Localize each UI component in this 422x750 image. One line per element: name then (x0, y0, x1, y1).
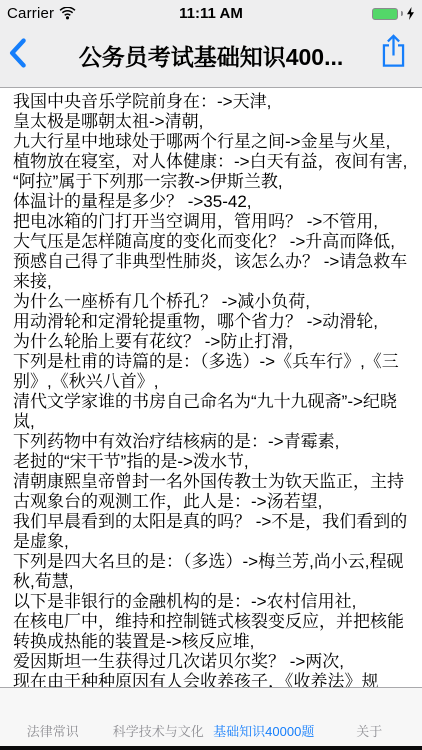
battery-nub (401, 11, 403, 16)
qa-text-view[interactable]: 我国中央音乐学院前身在：->天津, 皇太极是哪朝太祖->清朝, 九大行星中地球处… (0, 89, 422, 687)
status-bar: Carrier 11:11 AM (0, 0, 422, 25)
qa-item: 下列是杜甫的诗篇的是：（多选）->《兵车行》,《三别》,《秋兴八首》, (13, 352, 416, 392)
tab-item[interactable]: 法律常识 (0, 688, 106, 746)
qa-item: 皇太极是哪朝太祖->清朝, (13, 112, 416, 132)
share-button[interactable] (377, 31, 409, 75)
tab-label: 基础知识40000题 (213, 721, 314, 740)
chevron-left-icon (9, 38, 26, 73)
tab-label: 科学技术与文化 (113, 721, 204, 740)
app-window: Carrier 11:11 AM (0, 0, 422, 750)
qa-item: 植物放在寝室，对人体健康：->白天有益，夜间有害, (13, 152, 416, 172)
tab-label: 法律常识 (27, 721, 79, 740)
tab-label: 关于 (356, 721, 382, 740)
status-right (372, 7, 415, 20)
qa-item: 现在由于种种原因有人会收养孩子，《收养法》规 (13, 672, 416, 687)
qa-item: 爱因斯坦一生获得过几次诺贝尔奖？ ->两次, (13, 652, 416, 672)
qa-item: 我们早晨看到的太阳是真的吗？ ->不是，我们看到的是虚象, (13, 512, 416, 552)
qa-item: 下列药物中有效治疗结核病的是：->青霉素, (13, 432, 416, 452)
nav-bar: 公务员考试基础知识400... (0, 25, 422, 86)
tab-item[interactable]: 基础知识40000题 (211, 688, 317, 746)
battery-icon (372, 8, 398, 20)
share-icon (380, 33, 407, 74)
qa-item: 老挝的“宋干节”指的是->泼水节, (13, 452, 416, 472)
qa-item: 用动滑轮和定滑轮提重物，哪个省力？ ->动滑轮, (13, 312, 416, 332)
tab-bar: 法律常识 科学技术与文化 基础知识40000题 关于 (0, 687, 422, 746)
back-button[interactable] (9, 34, 39, 76)
bottom-edge-strip (0, 746, 422, 750)
qa-item: 大气压是怎样随高度的变化而变化？ ->升高而降低, (13, 232, 416, 252)
qa-item: 下列是四大名旦的是：（多选）->梅兰芳,尚小云,程砚秋,荀慧, (13, 552, 416, 592)
qa-item: 以下是非银行的金融机构的是：->农村信用社, (13, 592, 416, 612)
charging-bolt-icon (406, 7, 415, 20)
qa-item: 为什么一座桥有几个桥孔？ ->减小负荷, (13, 292, 416, 312)
header: Carrier 11:11 AM (0, 0, 422, 88)
qa-item: 清朝康熙皇帝曾封一名外国传教士为钦天监正，主持古观象台的观测工作，此人是：->汤… (13, 472, 416, 512)
qa-item: 为什么轮胎上要有花纹？ ->防止打滑, (13, 332, 416, 352)
qa-item: 预感自己得了非典型性肺炎，该怎么办？ ->请急救车来接, (13, 252, 416, 292)
qa-item: 清代文学家谁的书房自己命名为“九十九砚斋”->纪晓岚, (13, 392, 416, 432)
status-time: 11:11 AM (0, 5, 422, 22)
tab-item[interactable]: 科学技术与文化 (106, 688, 212, 746)
qa-item: 在核电厂中，维持和控制链式核裂变反应，并把核能转换成热能的装置是->核反应堆, (13, 612, 416, 652)
qa-item: 九大行星中地球处于哪两个行星之间->金星与火星, (13, 132, 416, 152)
page-title: 公务员考试基础知识400... (79, 39, 344, 72)
qa-item: “阿拉”属于下列那一宗教->伊斯兰教, (13, 172, 416, 192)
qa-item: 把电冰箱的门打开当空调用，管用吗？ ->不管用, (13, 212, 416, 232)
qa-item: 体温计的量程是多少？ ->35-42, (13, 192, 416, 212)
tab-item[interactable]: 关于 (317, 688, 422, 746)
qa-item: 我国中央音乐学院前身在：->天津, (13, 92, 416, 112)
